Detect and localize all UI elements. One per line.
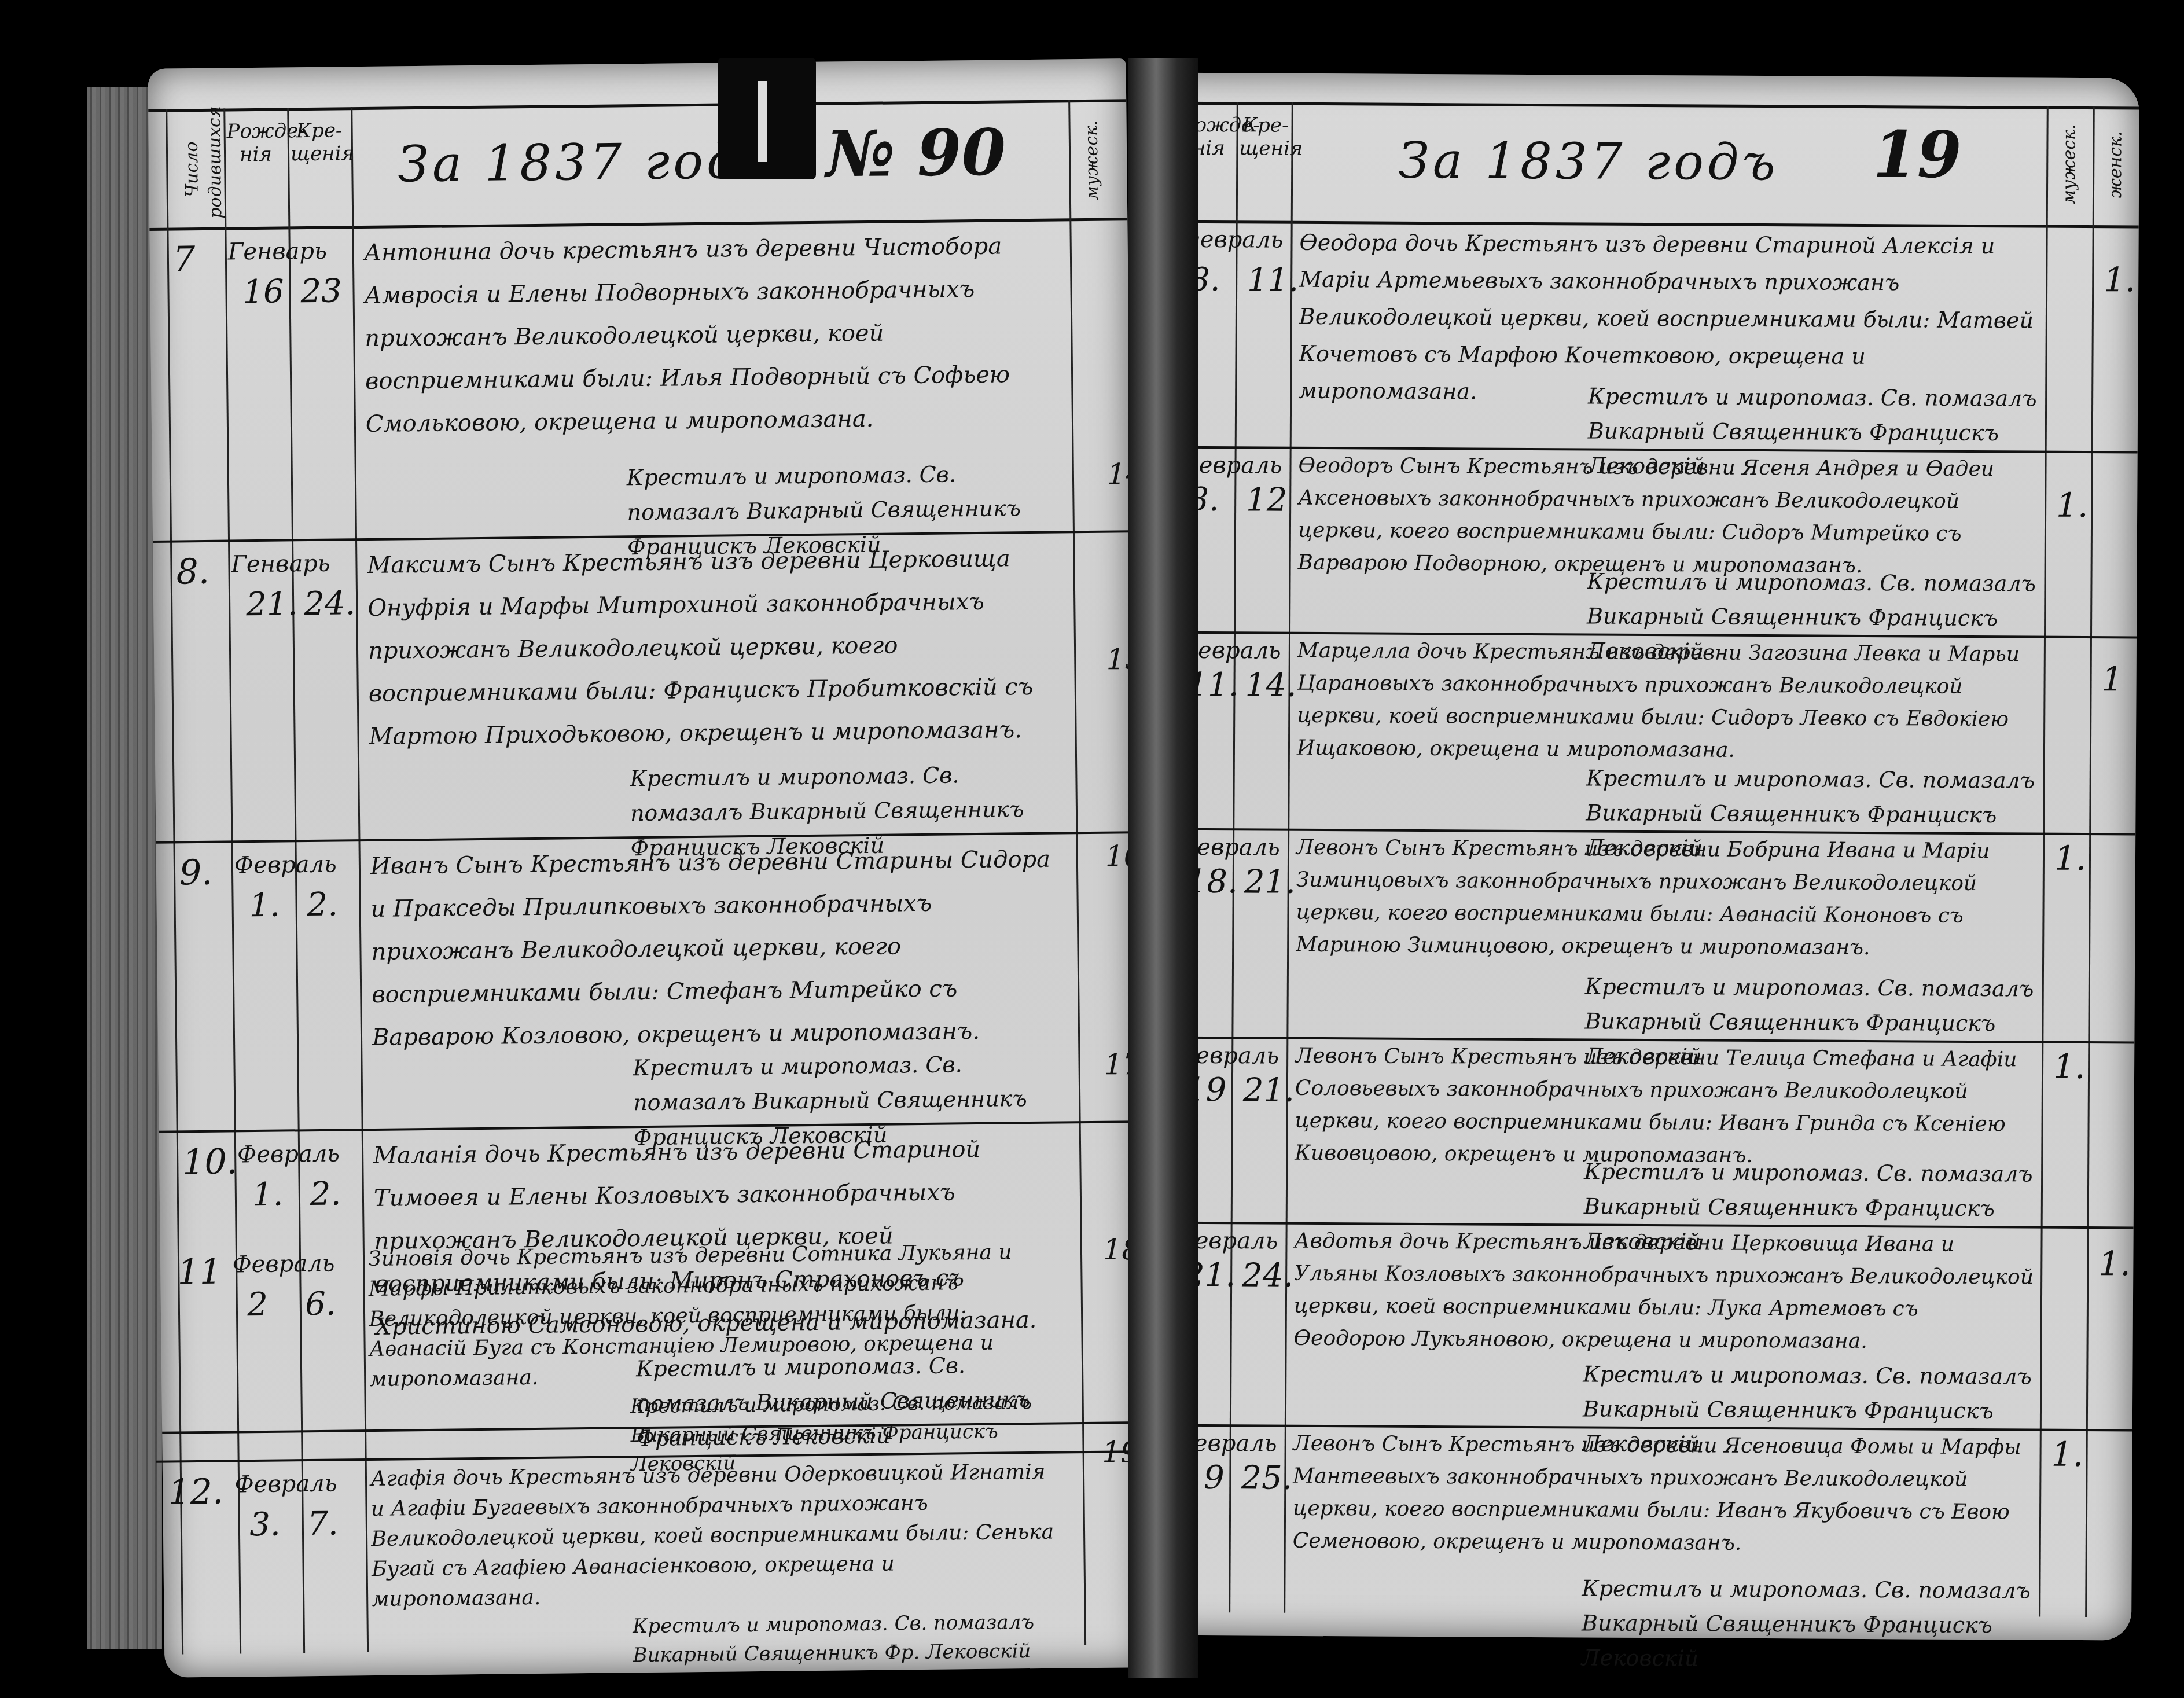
- book-gutter: [1128, 58, 1198, 1678]
- page-title: За 1837 годъ: [1398, 132, 1779, 192]
- column-header-female: женск.: [2104, 118, 2128, 211]
- left-page-lower-entries: [155, 1390, 1136, 1678]
- column-header-male: мужеск.: [2058, 118, 2082, 211]
- entry-baptism-day: 21.: [1243, 1071, 1295, 1109]
- register-entry: 19. Февраль 19 25. Левонъ Сынъ Крестьянъ…: [1148, 1424, 2132, 1638]
- register-entry: 15. Февраль 11. 14. Марцелла дочь Кресть…: [1152, 631, 2137, 836]
- entry-text: Маланія дочь Крестьянъ изъ деревни Стари…: [373, 1127, 1070, 1348]
- female-count: 1.: [2104, 260, 2136, 299]
- entry-number: 10.: [182, 1141, 238, 1182]
- binding-clip: [718, 58, 816, 179]
- register-entry: 18. Февраль 21. 24. Авдотья дочь Крестья…: [1149, 1222, 2134, 1432]
- entry-month: Февраль: [234, 851, 337, 879]
- register-entry: 9. Февраль 1. 2. Иванъ Сынъ Крестьянъ из…: [156, 831, 1137, 1133]
- male-count: 1.: [2051, 1435, 2083, 1474]
- entry-baptism-day: 24.: [304, 585, 356, 623]
- entry-baptism-day: 21.: [1244, 863, 1296, 901]
- column-header-margin: мужеск.: [1080, 111, 1104, 210]
- entry-text: Марцелла дочь Крестьянъ изъ деревни Заго…: [1297, 635, 2038, 769]
- column-header-baptism: Кре-щенія: [1239, 113, 1291, 160]
- entry-baptism-day: 2.: [307, 886, 338, 924]
- column-header-baptism: Кре-щенія: [290, 119, 348, 166]
- entry-baptism-day: 2.: [310, 1175, 341, 1214]
- column-header-birth: Рожде-нія: [226, 119, 285, 166]
- entry-birth-day: 16: [242, 273, 284, 311]
- entry-month: Генварь: [231, 550, 330, 578]
- entry-month: Февраль: [237, 1141, 340, 1168]
- register-entry: 7 Генварь 16 23 Антонина дочь крестьянъ …: [149, 218, 1131, 543]
- male-count: 1.: [2054, 839, 2087, 878]
- entry-text: Антонина дочь крестьянъ изъ деревни Чист…: [363, 224, 1060, 446]
- register-entry: 16 Февраль 18. 21. Левонъ Сынъ Крестьянъ…: [1150, 828, 2135, 1044]
- register-entry: 8. Генварь 21. 24. Максимъ Сынъ Крестьян…: [153, 530, 1134, 844]
- entry-text: Левонъ Сынъ Крестьянъ изъ деревни Телица…: [1295, 1040, 2036, 1174]
- entry-text: Максимъ Сынъ Крестьянъ изъ деревни Церко…: [367, 536, 1064, 758]
- entry-birth-day: 1.: [252, 1176, 284, 1214]
- entry-text: Ѳеодоръ Сынъ Крестьянъ изъ деревни Ясеня…: [1298, 450, 2039, 583]
- male-count: 1.: [2056, 486, 2089, 525]
- register-entry: 14. Февраль 8. 12 Ѳеодоръ Сынъ Крестьянъ…: [1153, 446, 2138, 639]
- entry-signature: Крестилъ и миропомаз. Св. помазалъ Викар…: [1582, 1571, 2034, 1677]
- register-entry: 10. Февраль 1. 2. Маланія дочь Крестьянъ…: [159, 1120, 1140, 1434]
- folio-number: 19: [1873, 117, 1962, 192]
- column-header-number: Число родившихся: [180, 120, 227, 219]
- entry-text: Авдотья дочь Крестьянъ изъ деревни Церко…: [1293, 1225, 2035, 1359]
- register-entry: 17. Февраль 19 21. Левонъ Сынъ Крестьянъ…: [1150, 1037, 2135, 1229]
- female-count: 1.: [2098, 1244, 2131, 1283]
- entry-text: Иванъ Сынъ Крестьянъ изъ деревни Старины…: [370, 837, 1067, 1059]
- entry-baptism-day: 14.: [1245, 666, 1296, 704]
- entry-month: Генварь: [228, 238, 327, 266]
- entry-baptism-day: 24.: [1242, 1256, 1293, 1294]
- entry-baptism-day: 23: [300, 272, 342, 310]
- entry-birth-day: 21.: [246, 585, 298, 623]
- entry-birth-day: 1.: [249, 887, 280, 925]
- entry-number: 9.: [179, 852, 213, 894]
- right-page: Рожде-нія Кре-щенія мужеск. женск. За 18…: [1148, 73, 2139, 1641]
- entry-baptism-day: 11.: [1247, 261, 1299, 299]
- female-count: 1: [2101, 659, 2123, 699]
- entry-number: 8.: [176, 552, 209, 593]
- entry-text: Левонъ Сынъ Крестьянъ изъ деревни Бобрин…: [1296, 832, 2037, 965]
- entry-number: 7: [173, 239, 196, 280]
- entry-baptism-day: 12: [1246, 481, 1288, 519]
- entry-text: Левонъ Сынъ Крестьянъ изъ деревни Ясенов…: [1293, 1428, 2034, 1561]
- male-count: 1.: [2053, 1047, 2086, 1086]
- folio-number: № 90: [825, 115, 1006, 191]
- entry-baptism-day: 25.: [1241, 1459, 1292, 1497]
- register-entry: Февраль 8. 11. Ѳеодора дочь Крестьянъ из…: [1154, 220, 2139, 454]
